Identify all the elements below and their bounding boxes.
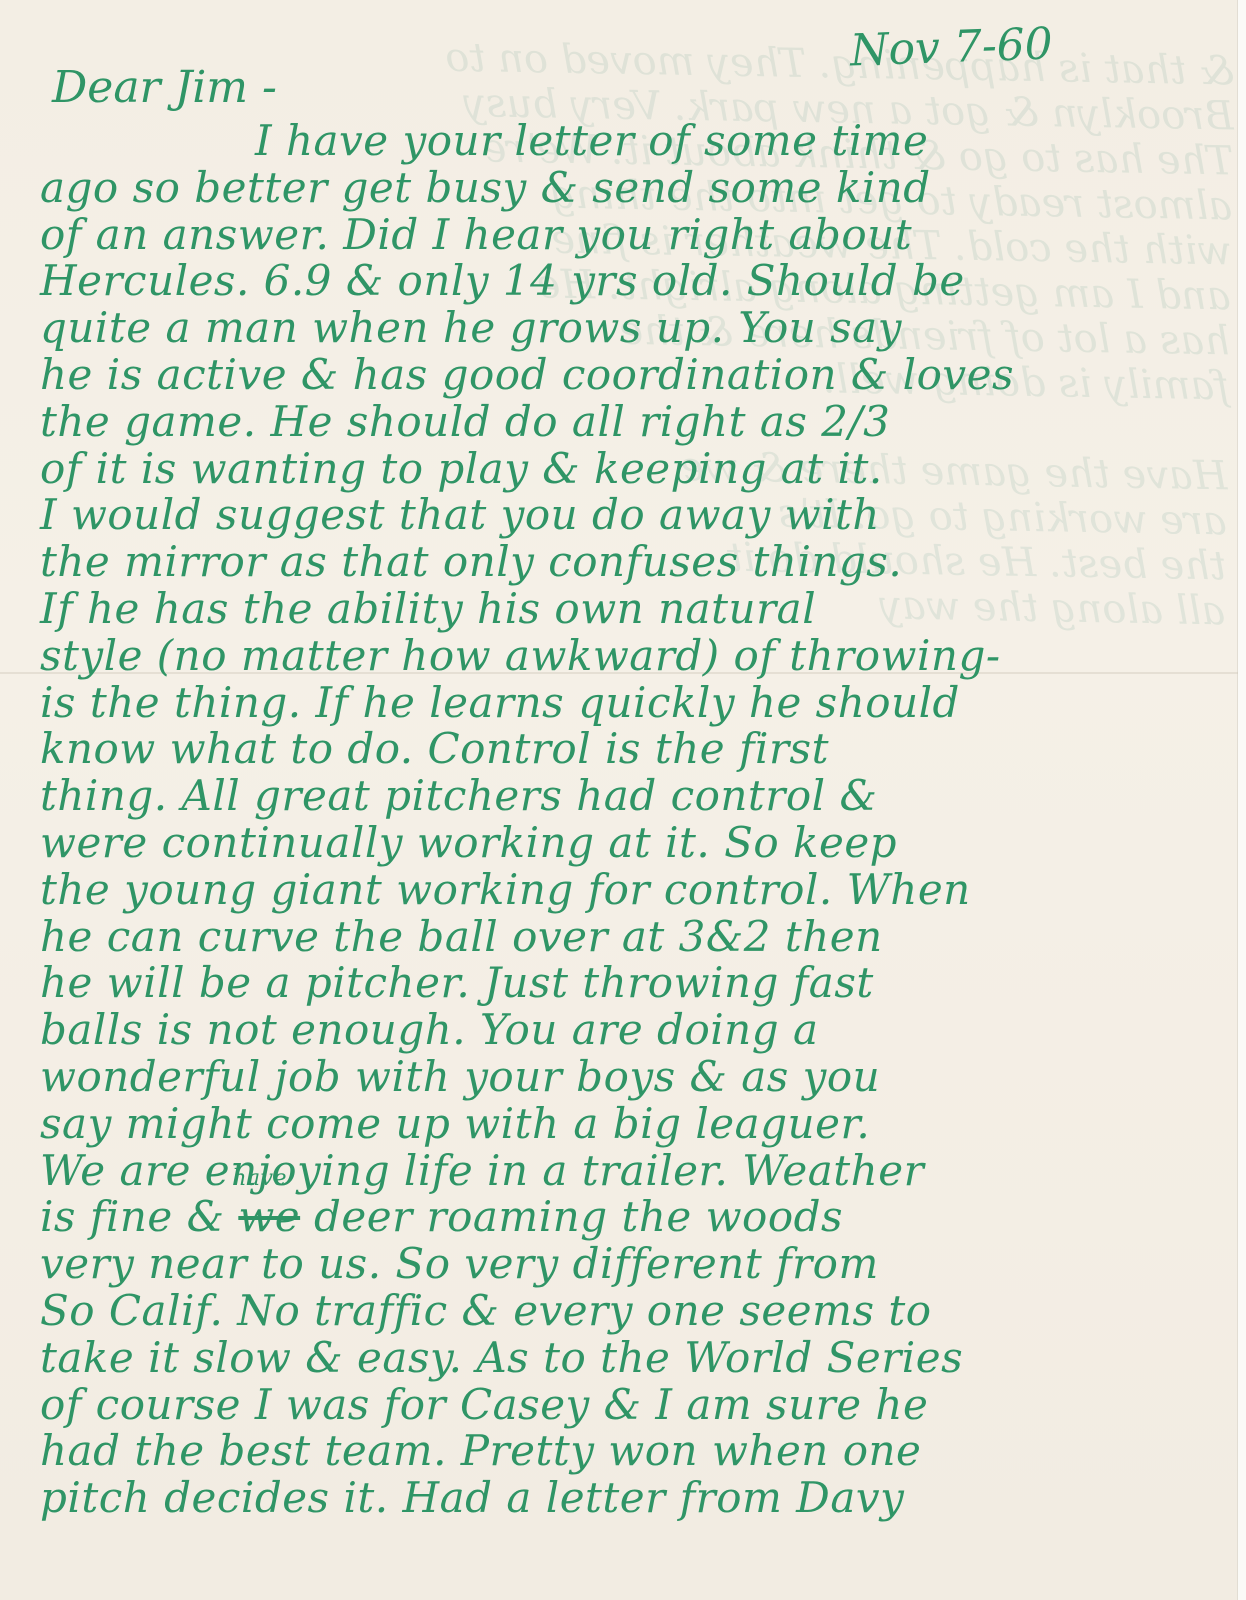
letter-line: So Calif. No traffic & every one seems t… <box>40 1288 1220 1335</box>
letter-line: quite a man when he grows up. You say <box>40 305 1220 352</box>
letter-line: he can curve the ball over at 3&2 then <box>40 914 1220 961</box>
letter-line-edited: is fine & havewe deer roaming the woods <box>40 1194 1220 1241</box>
letter-line: I have your letter of some time <box>40 118 1220 165</box>
letter-line: take it slow & easy. As to the World Ser… <box>40 1335 1220 1382</box>
paper-edge <box>1237 0 1246 1600</box>
correction: havewe <box>238 1194 300 1241</box>
letter-line: We are enjoying life in a trailer. Weath… <box>40 1148 1220 1195</box>
letter-line: had the best team. Pretty won when one <box>40 1428 1220 1475</box>
letter-line: were continually working at it. So keep <box>40 820 1220 867</box>
inserted-word: have <box>232 1168 287 1190</box>
letter-line: Hercules. 6.9 & only 14 yrs old. Should … <box>40 258 1220 305</box>
edited-line-after: deer roaming the woods <box>300 1192 843 1241</box>
letter-line: is the thing. If he learns quickly he sh… <box>40 680 1220 727</box>
letter-line: of it is wanting to play & keeping at it… <box>40 446 1220 493</box>
struck-word: we <box>238 1192 300 1241</box>
letter-line: wonderful job with your boys & as you <box>40 1054 1220 1101</box>
letter-line: of an answer. Did I hear you right about <box>40 212 1220 259</box>
salutation: Dear Jim - <box>52 62 277 113</box>
letter-line: know what to do. Control is the first <box>40 726 1220 773</box>
letter-body: I have your letter of some time ago so b… <box>40 118 1220 1522</box>
letter-line: the young giant working for control. Whe… <box>40 867 1220 914</box>
letter-date: Nov 7-60 <box>849 18 1053 76</box>
letter-line: the mirror as that only confuses things. <box>40 539 1220 586</box>
letter-line: very near to us. So very different from <box>40 1241 1220 1288</box>
letter-line: If he has the ability his own natural <box>40 586 1220 633</box>
letter-line: style (no matter how awkward) of throwin… <box>40 633 1220 680</box>
letter-line: the game. He should do all right as 2/3 <box>40 399 1220 446</box>
letter-line: balls is not enough. You are doing a <box>40 1007 1220 1054</box>
letter-line: thing. All great pitchers had control & <box>40 773 1220 820</box>
letter-line: ago so better get busy & send some kind <box>40 165 1220 212</box>
letter-line: he will be a pitcher. Just throwing fast <box>40 960 1220 1007</box>
edited-line-before: is fine & <box>40 1192 238 1241</box>
letter-line: I would suggest that you do away with <box>40 492 1220 539</box>
letter-line: he is active & has good coordination & l… <box>40 352 1220 399</box>
letter-line: of course I was for Casey & I am sure he <box>40 1382 1220 1429</box>
letter-line: say might come up with a big leaguer. <box>40 1101 1220 1148</box>
letter-line: pitch decides it. Had a letter from Davy <box>40 1475 1220 1522</box>
